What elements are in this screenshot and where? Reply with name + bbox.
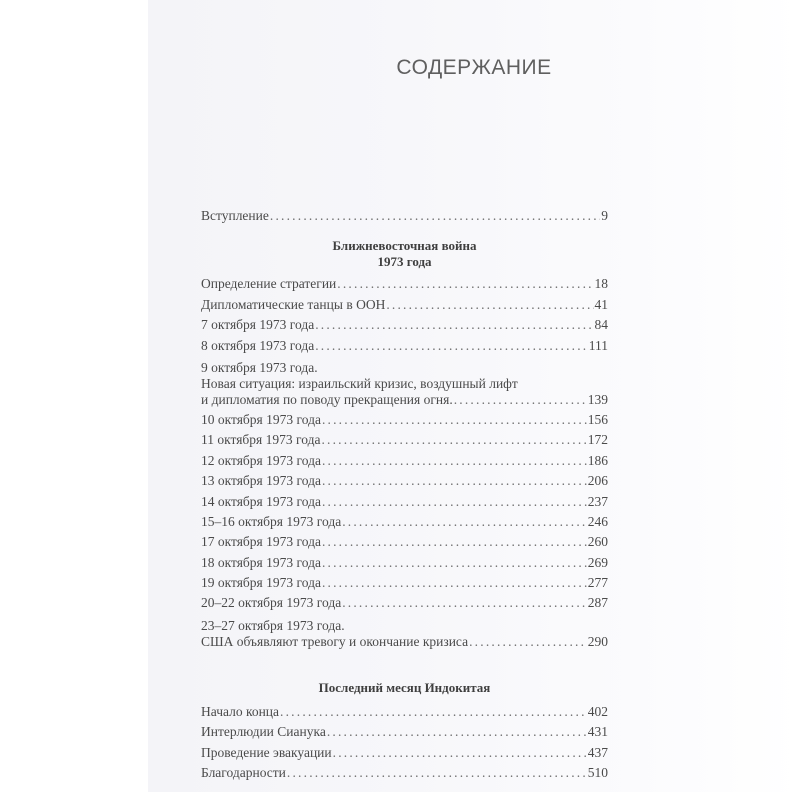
toc-entry-page: 287 [588, 593, 608, 613]
toc-entry-page: 206 [588, 471, 608, 491]
toc-entry-page: 260 [588, 532, 608, 552]
dot-leader [322, 492, 587, 512]
toc-entry-label: Вступление [201, 206, 269, 226]
dot-leader [322, 532, 587, 552]
toc-entry-label: 19 октября 1973 года [201, 573, 321, 593]
toc-entry-page: 9 [601, 206, 608, 226]
dot-leader [469, 634, 587, 650]
toc-entry-label: 7 октября 1973 года [201, 315, 314, 335]
toc-entry-label: 14 октября 1973 года [201, 492, 321, 512]
toc-entry-label: Интерлюдии Сианука [201, 722, 326, 742]
toc-entry-label: Дипломатические танцы в ООН [201, 295, 385, 315]
toc-entry-page: 18 [595, 274, 609, 294]
section-heading-line: 1973 года [201, 254, 608, 270]
dot-leader [322, 573, 587, 593]
toc-entry-multiline[interactable]: 23–27 октября 1973 года. США объявляют т… [201, 618, 608, 650]
toc-entry-page: 156 [588, 410, 608, 430]
toc-entry[interactable]: 19 октября 1973 года277 [201, 573, 608, 593]
dot-leader [337, 274, 593, 294]
toc-entry[interactable]: Благодарности510 [201, 763, 608, 783]
toc-entry[interactable]: 12 октября 1973 года186 [201, 451, 608, 471]
dot-leader [327, 722, 587, 742]
dot-leader [270, 206, 600, 226]
toc-entries-group: 10 октября 1973 года15611 октября 1973 г… [201, 410, 608, 614]
toc-entry[interactable]: 15–16 октября 1973 года246 [201, 512, 608, 532]
toc-entry-page: 172 [588, 430, 608, 450]
toc-entry[interactable]: Начало конца402 [201, 702, 608, 722]
toc-entry-label: США объявляют тревогу и окончание кризис… [201, 634, 468, 650]
toc-entry-page: 186 [588, 451, 608, 471]
toc-entry-page: 269 [588, 553, 608, 573]
dot-leader [322, 471, 587, 491]
toc-entry-page: 246 [588, 512, 608, 532]
toc-entry-label: и дипломатия по поводу прекращения огня. [201, 392, 453, 408]
toc-entry-label: 8 октября 1973 года [201, 336, 314, 356]
toc-entry[interactable]: Определение стратегии 18 [201, 274, 608, 294]
toc-entry-page: 510 [588, 763, 608, 783]
dot-leader [315, 315, 593, 335]
table-of-contents: Вступление 9 Ближневосточная война 1973 … [201, 206, 608, 783]
toc-entry-intro[interactable]: Вступление 9 [201, 206, 608, 226]
toc-entry-page: 84 [595, 315, 609, 335]
toc-entry[interactable]: 20–22 октября 1973 года287 [201, 593, 608, 613]
toc-entries-group: Начало конца402Интерлюдии Сианука431Пров… [201, 702, 608, 784]
toc-entry-page: 402 [588, 702, 608, 722]
dot-leader [342, 512, 587, 532]
toc-entry-label: Благодарности [201, 763, 286, 783]
toc-entry-page: 431 [588, 722, 608, 742]
page-title: СОДЕРЖАНИЕ [148, 56, 800, 80]
toc-entry-label: Определение стратегии [201, 274, 336, 294]
toc-entry[interactable]: Интерлюдии Сианука431 [201, 722, 608, 742]
toc-entry-line: 23–27 октября 1973 года. [201, 618, 608, 634]
toc-entry[interactable]: 18 октября 1973 года269 [201, 553, 608, 573]
toc-entry[interactable]: 17 октября 1973 года260 [201, 532, 608, 552]
dot-leader [454, 392, 587, 408]
toc-entry-label: 20–22 октября 1973 года [201, 593, 341, 613]
dot-leader [386, 295, 593, 315]
toc-entry[interactable]: 11 октября 1973 года172 [201, 430, 608, 450]
toc-entry-label: 13 октября 1973 года [201, 471, 321, 491]
toc-entry-label: Проведение эвакуации [201, 743, 332, 763]
toc-entry-label: 11 октября 1973 года [201, 430, 320, 450]
toc-entry-page: 277 [588, 573, 608, 593]
toc-entry-label: Начало конца [201, 702, 279, 722]
toc-entry-page: 237 [588, 492, 608, 512]
dot-leader [287, 763, 587, 783]
toc-entry-label: 18 октября 1973 года [201, 553, 321, 573]
dot-leader [342, 593, 587, 613]
toc-entry[interactable]: 10 октября 1973 года156 [201, 410, 608, 430]
toc-entry-page: 41 [595, 295, 609, 315]
section-heading-indochina: Последний месяц Индокитая [201, 680, 608, 696]
toc-entry-line: Новая ситуация: израильский кризис, возд… [201, 376, 608, 392]
toc-entry[interactable]: 7 октября 1973 года 84 [201, 315, 608, 335]
toc-entry[interactable]: Дипломатические танцы в ООН 41 [201, 295, 608, 315]
toc-entry-label: 12 октября 1973 года [201, 451, 321, 471]
dot-leader [315, 336, 588, 356]
toc-entry-label: 10 октября 1973 года [201, 410, 321, 430]
toc-entry-label: 15–16 октября 1973 года [201, 512, 341, 532]
toc-entry-line: 9 октября 1973 года. [201, 360, 608, 376]
section-heading-line: Ближневосточная война [201, 238, 608, 254]
toc-entry-label: 17 октября 1973 года [201, 532, 321, 552]
dot-leader [322, 553, 587, 573]
toc-entry[interactable]: 14 октября 1973 года237 [201, 492, 608, 512]
dot-leader [280, 702, 587, 722]
dot-leader [322, 451, 587, 471]
section-heading-middle-east-war: Ближневосточная война 1973 года [201, 238, 608, 270]
toc-entry[interactable]: Проведение эвакуации437 [201, 743, 608, 763]
toc-entry-page: 139 [588, 392, 608, 408]
toc-entry-page: 437 [588, 743, 608, 763]
toc-entry[interactable]: 13 октября 1973 года206 [201, 471, 608, 491]
toc-entry[interactable]: 8 октября 1973 года 111 [201, 336, 608, 356]
toc-entry-multiline[interactable]: 9 октября 1973 года. Новая ситуация: изр… [201, 360, 608, 408]
toc-entry-page: 111 [589, 336, 608, 356]
dot-leader [322, 410, 587, 430]
dot-leader [333, 743, 587, 763]
dot-leader [321, 430, 586, 450]
toc-entry-page: 290 [588, 634, 608, 650]
